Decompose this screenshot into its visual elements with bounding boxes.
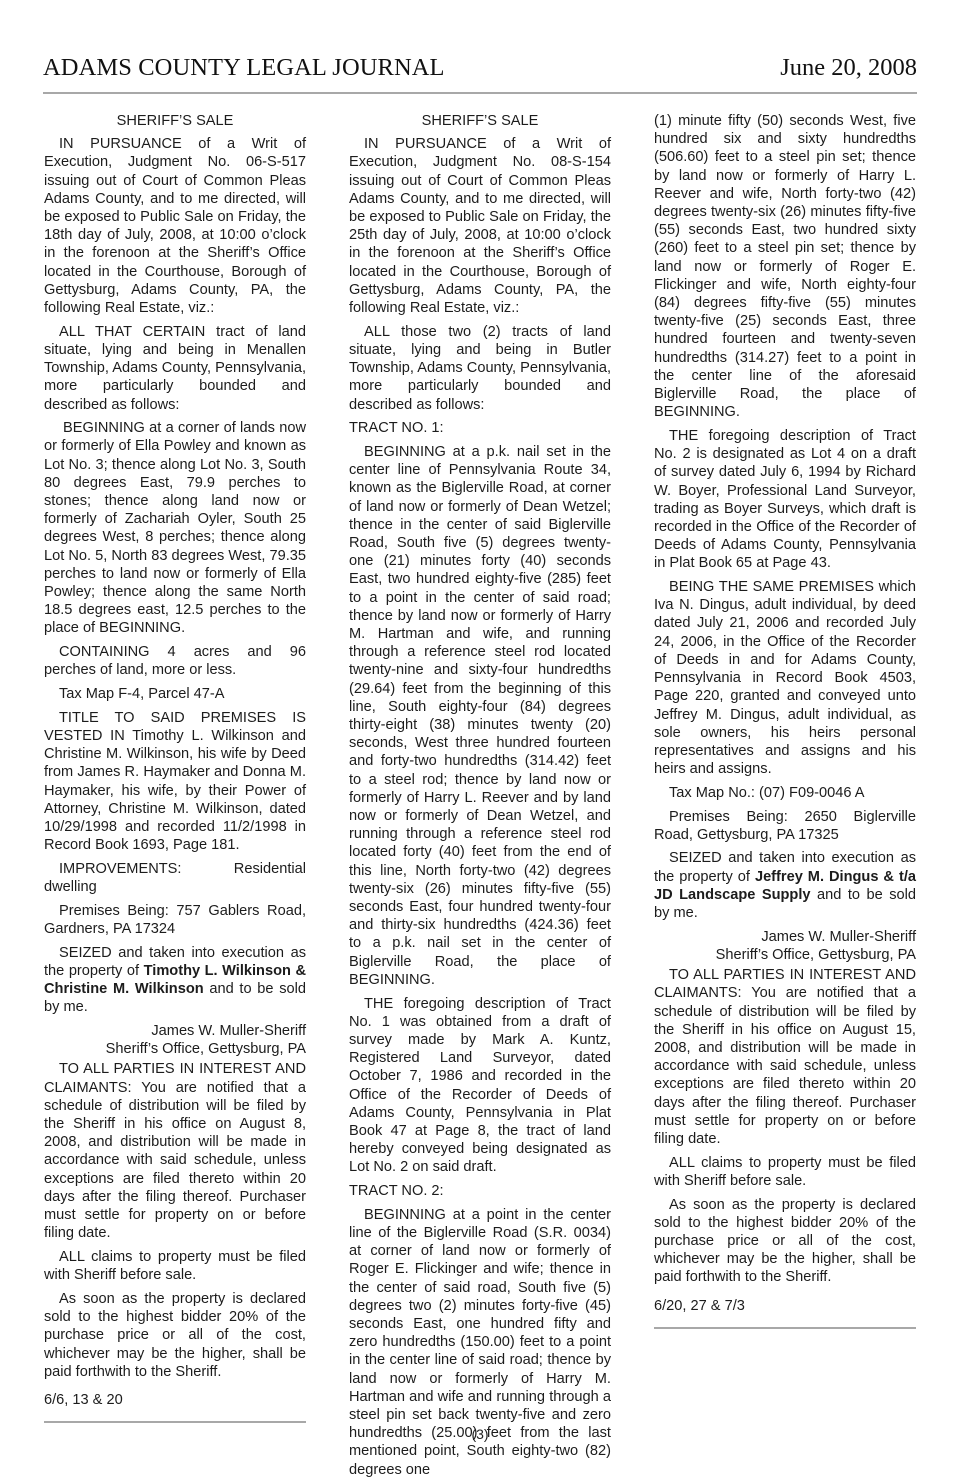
seized-paragraph: SEIZED and taken into execution as the p… (654, 849, 916, 922)
run-dates: 6/20, 27 & 7/3 (654, 1297, 916, 1315)
sheriff-sale-notice-2: SHERIFF’S SALE IN PURSUANCE of a Writ of… (349, 112, 611, 1479)
run-dates: 6/6, 13 & 20 (44, 1391, 306, 1409)
tract-1-foregoing: THE foregoing description of Tract No. 1… (349, 995, 611, 1177)
being-same-premises: BEING THE SAME PREMISES which Iva N. Din… (654, 578, 916, 778)
tract-2-label: TRACT NO. 2: (349, 1182, 611, 1200)
improvements: IMPROVEMENTS: Residential dwelling (44, 860, 306, 896)
page-number: (3) (0, 1426, 960, 1442)
issue-date: June 20, 2008 (780, 54, 917, 82)
pursuance-paragraph: IN PURSUANCE of a Writ of Execution, Jud… (44, 135, 306, 317)
tract-1-beginning: BEGINNING at a p.k. nail set in the cent… (349, 443, 611, 989)
tracts-intro: ALL those two (2) tracts of land situate… (349, 323, 611, 414)
tract-description: ALL THAT CERTAIN tract of land situate, … (44, 323, 306, 414)
journal-header: ADAMS COUNTY LEGAL JOURNAL June 20, 2008 (43, 50, 917, 94)
tax-map: Tax Map F-4, Parcel 47-A (44, 685, 306, 703)
parties-notice: TO ALL PARTIES IN INTEREST AND CLAIMANTS… (654, 966, 916, 1148)
signature-name: James W. Muller-Sheriff (654, 928, 916, 946)
claims-paragraph: ALL claims to property must be filed wit… (44, 1248, 306, 1284)
signature-name: James W. Muller-Sheriff (44, 1022, 306, 1040)
premises-address: Premises Being: 2650 Biglerville Road, G… (654, 808, 916, 844)
journal-title: ADAMS COUNTY LEGAL JOURNAL (43, 54, 445, 82)
column-3: (1) minute fifty (50) seconds West, five… (654, 112, 916, 1329)
notice-heading: SHERIFF’S SALE (349, 112, 611, 130)
tract-2-beginning-part-2: (1) minute fifty (50) seconds West, five… (654, 112, 916, 421)
parties-notice: TO ALL PARTIES IN INTEREST AND CLAIMANTS… (44, 1060, 306, 1242)
seized-paragraph: SEIZED and taken into execution as the p… (44, 944, 306, 1017)
pursuance-paragraph: IN PURSUANCE of a Writ of Execution, Jud… (349, 135, 611, 317)
signature-office: Sheriff’s Office, Gettysburg, PA (44, 1040, 306, 1058)
sheriff-sale-notice-1: SHERIFF’S SALE IN PURSUANCE of a Writ of… (44, 112, 306, 1423)
title-vested-paragraph: TITLE TO SAID PREMISES IS VESTED IN Timo… (44, 709, 306, 855)
notice-divider (44, 1421, 306, 1423)
containing-paragraph: CONTAINING 4 acres and 96 perches of lan… (44, 643, 306, 679)
payment-paragraph: As soon as the property is declared sold… (44, 1290, 306, 1381)
notice-divider (654, 1327, 916, 1329)
tax-map: Tax Map No.: (07) F09-0046 A (654, 784, 916, 802)
premises-address: Premises Being: 757 Gablers Road, Gardne… (44, 902, 306, 938)
tract-2-foregoing: THE foregoing description of Tract No. 2… (654, 427, 916, 573)
beginning-paragraph: BEGINNING at a corner of lands now or fo… (44, 419, 306, 637)
column-1: SHERIFF’S SALE IN PURSUANCE of a Writ of… (44, 112, 306, 1423)
notice-heading: SHERIFF’S SALE (44, 112, 306, 130)
sheriff-sale-notice-2-continued: (1) minute fifty (50) seconds West, five… (654, 112, 916, 1329)
claims-paragraph: ALL claims to property must be filed wit… (654, 1154, 916, 1190)
signature-office: Sheriff’s Office, Gettysburg, PA (654, 946, 916, 964)
tract-1-label: TRACT NO. 1: (349, 419, 611, 437)
payment-paragraph: As soon as the property is declared sold… (654, 1196, 916, 1287)
column-2: SHERIFF’S SALE IN PURSUANCE of a Writ of… (349, 112, 611, 1483)
